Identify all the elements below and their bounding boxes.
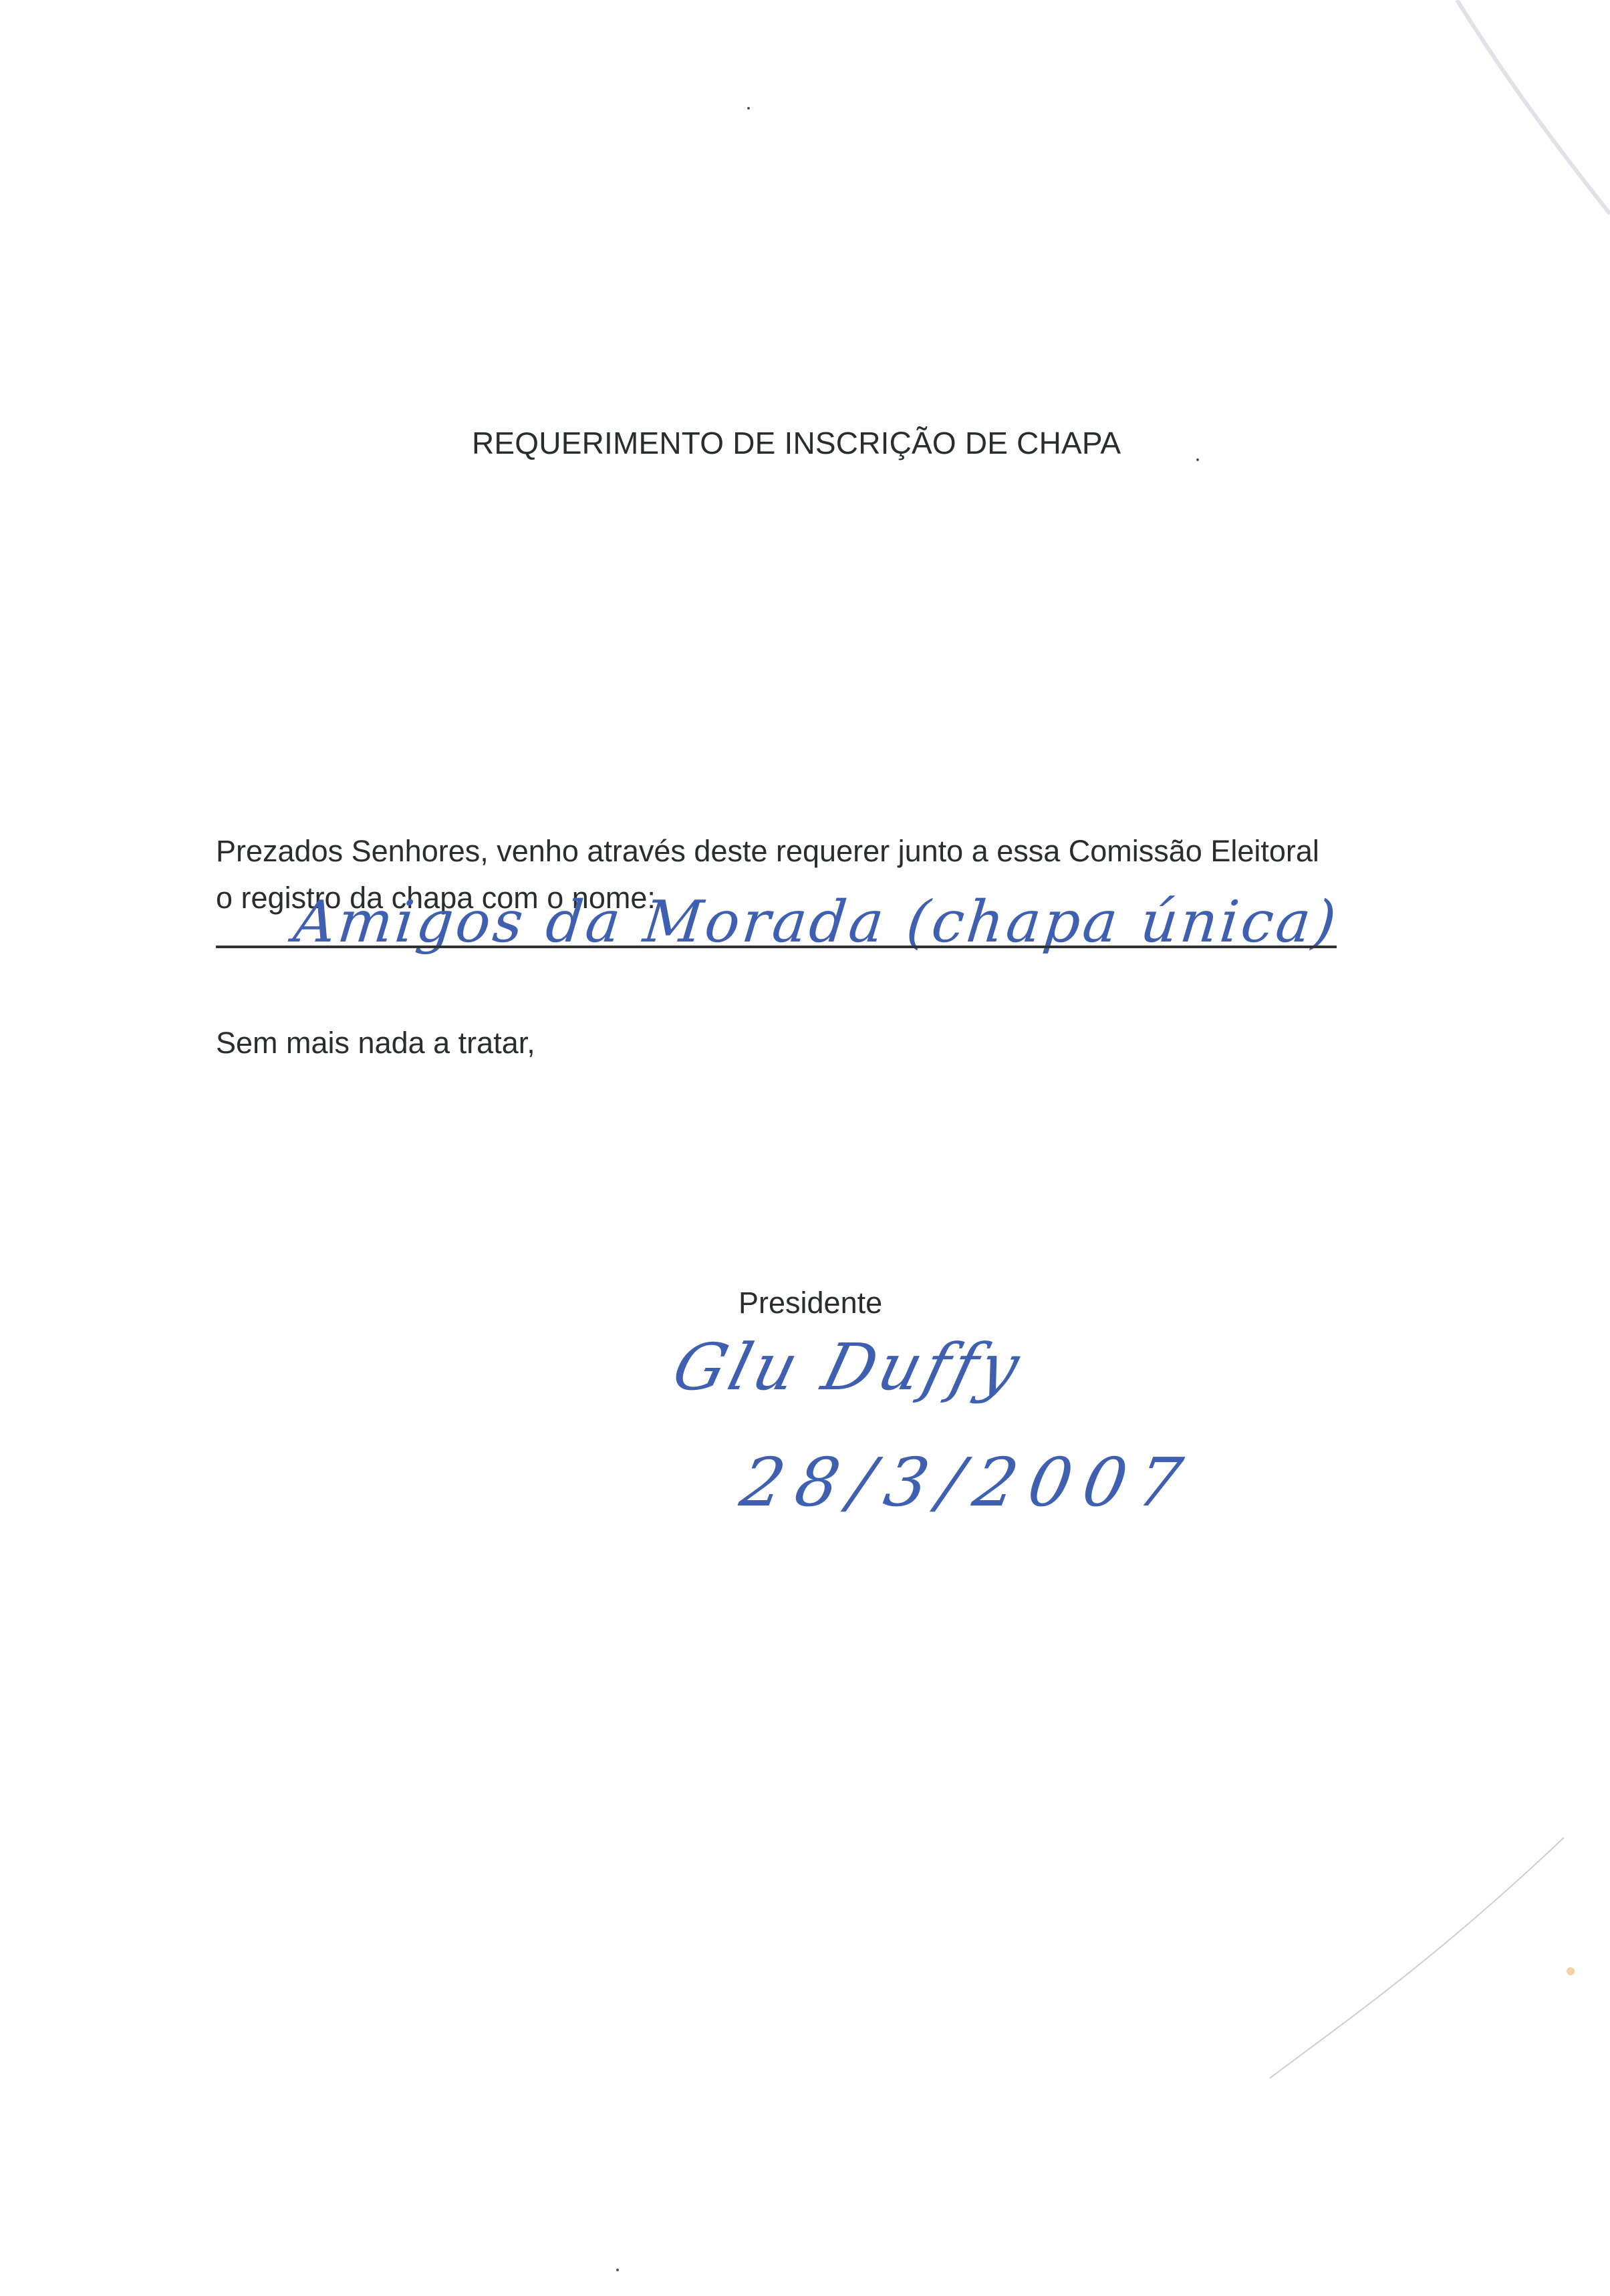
- signatory-role-label: Presidente: [739, 1286, 882, 1320]
- name-fill-line: [216, 946, 1337, 948]
- scanned-document-page: REQUERIMENTO DE INSCRIÇÃO DE CHAPA Preza…: [0, 0, 1610, 2296]
- document-title: REQUERIMENTO DE INSCRIÇÃO DE CHAPA: [472, 425, 1121, 461]
- scan-speck: [747, 107, 750, 110]
- closing-line: Sem mais nada a tratar,: [216, 1026, 535, 1060]
- handwritten-signature: Glu Duffy: [666, 1330, 1031, 1405]
- scan-speck: [616, 2269, 619, 2271]
- handwritten-date: 28/3/2007: [735, 1443, 1200, 1522]
- scan-speck: [1196, 458, 1199, 461]
- paper-fold-crease: [0, 0, 1610, 2296]
- request-paragraph-line-1: Prezados Senhores, venho através deste r…: [216, 834, 1319, 869]
